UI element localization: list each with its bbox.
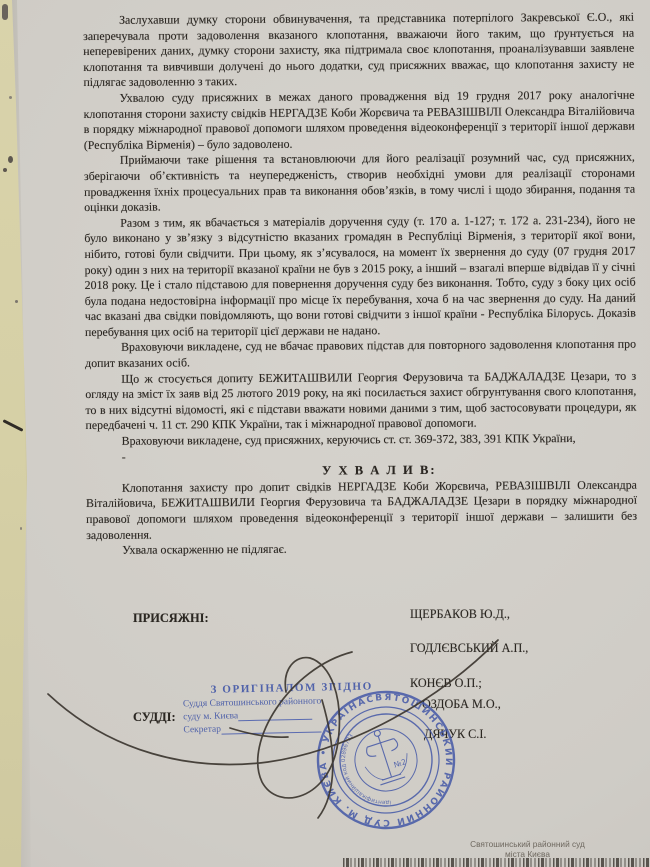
document-body: Заслухавши думку сторони обвинувачення, … [83, 10, 637, 559]
smudge [2, 4, 8, 20]
judges-label: СУДДІ: [133, 710, 176, 725]
jurors-label: ПРИСЯЖНІ: [133, 611, 209, 626]
seal-emblem [355, 724, 413, 788]
juror-name: ГОДЛЄВСЬКИЙ А.П., [410, 641, 528, 656]
paragraph: Що ж стосується допиту БЕЖИТАШВИЛИ Георг… [85, 368, 636, 434]
juror-name: ЩЕРБАКОВ Ю.Д., [410, 607, 510, 622]
stamp-line-text: суду м. Києва [183, 711, 238, 722]
stamp-blank-line [221, 723, 321, 735]
speck [20, 527, 22, 530]
court-seal: СВЯТОШИНСЬКИЙ РАЙОННИЙ СУД М. КИЄВА • УК… [308, 682, 464, 838]
speck [15, 300, 18, 303]
speck [3, 168, 7, 172]
stamp-line-text: Суддя Святошинського районного [183, 697, 322, 710]
paragraph: Заслухавши думку сторони обвинувачення, … [83, 10, 634, 91]
speck [8, 156, 13, 163]
speck [9, 96, 12, 99]
paragraph: Разом з тим, як вбачається з матеріалів … [84, 212, 636, 340]
paragraph: Ухвалою суду присяжних в межах даного пр… [83, 88, 634, 154]
folder-edge [0, 0, 30, 867]
stamp-line-text: Секретар [183, 725, 221, 736]
resolution-paragraph: Ухвала оскарженню не підлягає. [86, 540, 637, 559]
resolution-paragraph: Клопотання захисту про допит свідків НЕР… [86, 477, 637, 543]
scanned-court-ruling: Заслухавши думку сторони обвинувачення, … [0, 0, 650, 867]
paragraph: Враховуючи викладене, суд не вбачає прав… [85, 337, 636, 372]
footer-court-name: Святошинський районний суд міста Києва [420, 840, 635, 859]
paragraph: Приймаючи таке рішення та встановлюючи д… [84, 150, 635, 216]
stamp-blank-line [238, 710, 312, 722]
barcode [343, 858, 650, 867]
seal-number: №2 [393, 757, 408, 770]
